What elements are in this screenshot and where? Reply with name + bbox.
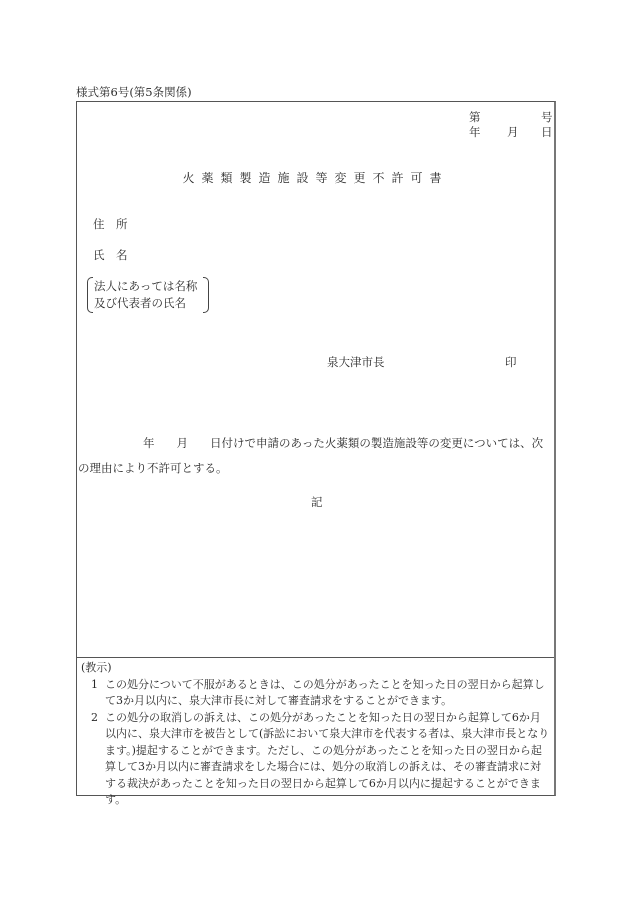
document-frame: 第 号 年 月 日 火薬類製造施設等変更不許可書 住 所 氏 名 法人にあっては… (76, 101, 556, 796)
date-month: 月 (507, 124, 519, 140)
notice-heading: (教示) (81, 660, 551, 677)
body-line1: 日付けで申請のあった火薬類の製造施設等の変更については、次 (210, 436, 543, 450)
seal-mark: 印 (505, 354, 517, 370)
notice-item-1-number: 1 (91, 677, 105, 694)
date-year: 年 (469, 124, 481, 140)
name-label: 氏 名 (93, 247, 128, 263)
number-prefix: 第 (469, 109, 481, 125)
corporate-note-line1: 法人にあっては名称 (94, 278, 197, 294)
date-day: 日 (541, 124, 553, 140)
document-title: 火薬類製造施設等変更不許可書 (77, 169, 554, 186)
body-line2: の理由により不許可とする。 (78, 456, 551, 481)
document-main-section: 第 号 年 月 日 火薬類製造施設等変更不許可書 住 所 氏 名 法人にあっては… (77, 102, 554, 658)
notice-item-2: 2この処分の取消しの訴えは、この処分があったことを知った日の翌日から起算して6か… (85, 710, 551, 809)
form-number-label: 様式第6号(第5条関係) (76, 84, 192, 100)
right-bracket (203, 277, 209, 313)
notice-section: (教示) 1この処分について不服があるときは、この処分があったことを知った日の翌… (77, 658, 554, 796)
body-paragraph: 年月日付けで申請のあった火薬類の製造施設等の変更については、次 の理由により不許… (83, 431, 551, 481)
ki-label: 記 (311, 494, 323, 510)
notice-item-2-text: この処分の取消しの訴えは、この処分があったことを知った日の翌日から起算して6か月… (105, 711, 549, 807)
body-year: 年 (143, 436, 155, 450)
notice-item-1: 1この処分について不服があるときは、この処分があったことを知った日の翌日から起算… (85, 677, 551, 710)
body-month: 月 (177, 436, 189, 450)
corporate-note-line2: 及び代表者の氏名 (94, 295, 186, 311)
address-label: 住 所 (93, 216, 128, 232)
issuer-name: 泉大津市長 (327, 354, 385, 370)
left-bracket (87, 277, 93, 313)
number-suffix: 号 (541, 109, 553, 125)
corporate-note: 法人にあっては名称 及び代表者の氏名 (87, 277, 209, 313)
notice-item-1-text: この処分について不服があるときは、この処分があったことを知った日の翌日から起算し… (105, 678, 545, 708)
notice-item-2-number: 2 (91, 710, 105, 727)
